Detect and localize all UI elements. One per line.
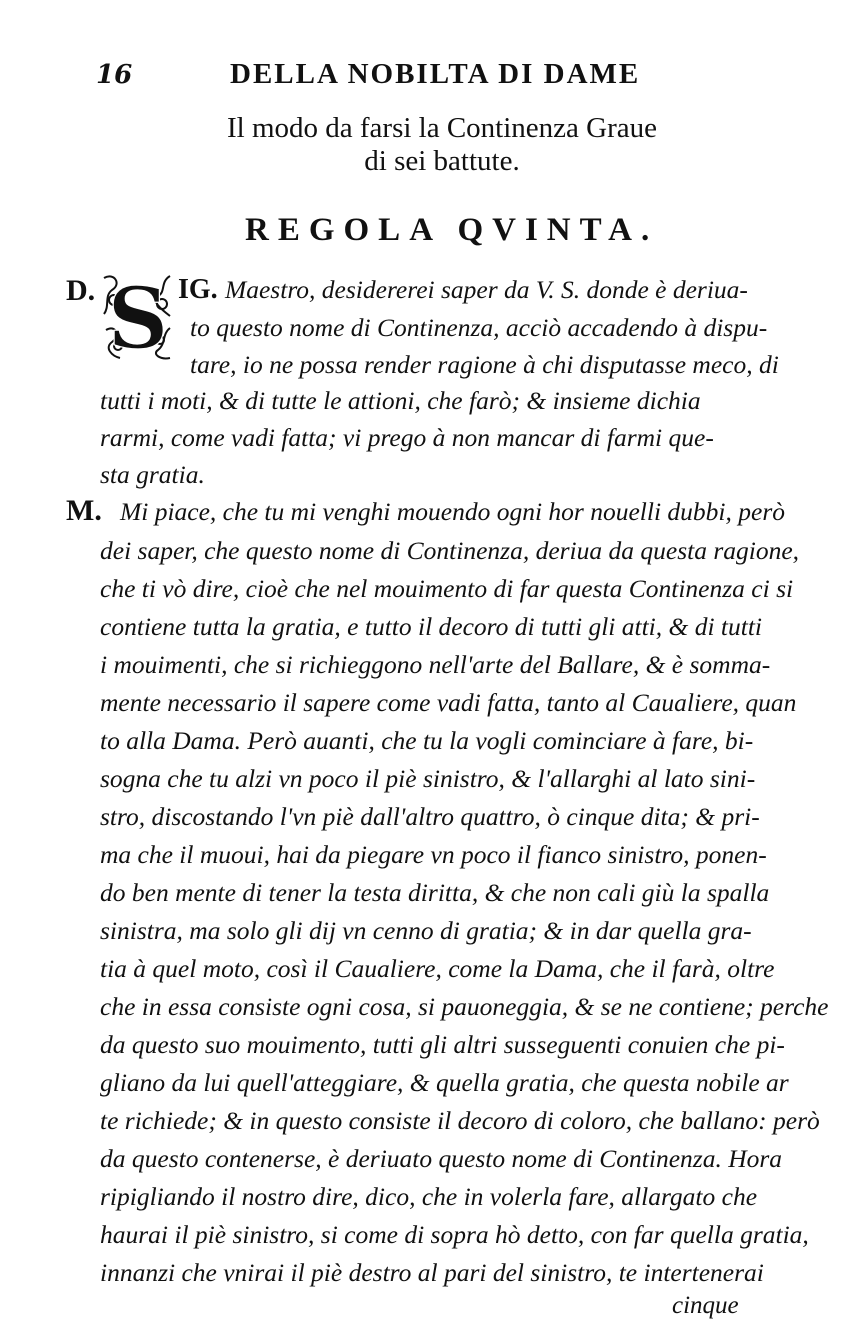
text-line: rarmi, come vadi fatta; vi prego à non m… xyxy=(100,423,714,453)
text-line: gliano da lui quell'atteggiare, & quella… xyxy=(100,1068,789,1098)
text-line: Maestro, desidererei saper da V. S. dond… xyxy=(225,275,748,305)
svg-text:S: S xyxy=(108,270,169,362)
speaker-label-d: D. xyxy=(66,274,95,308)
text-line: do ben mente di tener la testa diritta, … xyxy=(100,878,769,908)
subtitle-line-2: di sei battute. xyxy=(0,145,854,178)
first-line-small-caps: IG. xyxy=(178,274,218,305)
section-title: REGOLA QVINTA. xyxy=(245,212,658,249)
text-line: ma che il muoui, hai da piegare vn poco … xyxy=(100,840,767,870)
running-head: DELLA NOBILTA DI DAME xyxy=(230,58,640,91)
text-line: sta gratia. xyxy=(100,460,205,490)
text-line: stro, discostando l'vn piè dall'altro qu… xyxy=(100,802,760,832)
text-line: ripigliando il nostro dire, dico, che in… xyxy=(100,1182,757,1212)
text-line: mente necessario il sapere come vadi fat… xyxy=(100,688,796,718)
text-line: da questo contenerse, è deriuato questo … xyxy=(100,1144,782,1174)
text-line: i mouimenti, che si richieggono nell'art… xyxy=(100,650,770,680)
text-line: to questo nome di Continenza, acciò acca… xyxy=(190,313,767,343)
text-line: Mi piace, che tu mi venghi mouendo ogni … xyxy=(120,497,785,527)
subtitle-line-1: Il modo da farsi la Continenza Graue xyxy=(0,112,854,145)
text-line: tia à quel moto, così il Caualiere, come… xyxy=(100,954,774,984)
text-line: innanzi che vnirai il piè destro al pari… xyxy=(100,1258,764,1288)
speaker-label-m: M. xyxy=(66,494,102,528)
page-number: 16 xyxy=(96,60,132,90)
catchword: cinque xyxy=(672,1292,739,1320)
text-line: to alla Dama. Però auanti, che tu la vog… xyxy=(100,726,753,756)
text-line: che in essa consiste ogni cosa, si pauon… xyxy=(100,992,828,1022)
text-line: contiene tutta la gratia, e tutto il dec… xyxy=(100,612,762,642)
chapter-subtitle: Il modo da farsi la Continenza Graue di … xyxy=(0,112,854,178)
page-header: 16 DELLA NOBILTA DI DAME xyxy=(0,58,854,98)
text-line: sogna che tu alzi vn poco il piè sinistr… xyxy=(100,764,755,794)
book-page: 16 DELLA NOBILTA DI DAME Il modo da fars… xyxy=(0,0,854,1325)
decorated-initial-s-icon: S xyxy=(100,270,176,362)
text-line: dei saper, che questo nome di Continenza… xyxy=(100,536,799,566)
text-line: sinistra, ma solo gli dij vn cenno di gr… xyxy=(100,916,752,946)
text-line: tutti i moti, & di tutte le attioni, che… xyxy=(100,386,701,416)
text-line: da questo suo mouimento, tutti gli altri… xyxy=(100,1030,785,1060)
text-line: haurai il piè sinistro, si come di sopra… xyxy=(100,1220,809,1250)
text-line: che ti vò dire, cioè che nel mouimento d… xyxy=(100,574,793,604)
initial-continuation: IG. xyxy=(178,274,218,306)
text-line: tare, io ne possa render ragione à chi d… xyxy=(190,350,779,380)
text-line: te richiede; & in questo consiste il dec… xyxy=(100,1106,820,1136)
